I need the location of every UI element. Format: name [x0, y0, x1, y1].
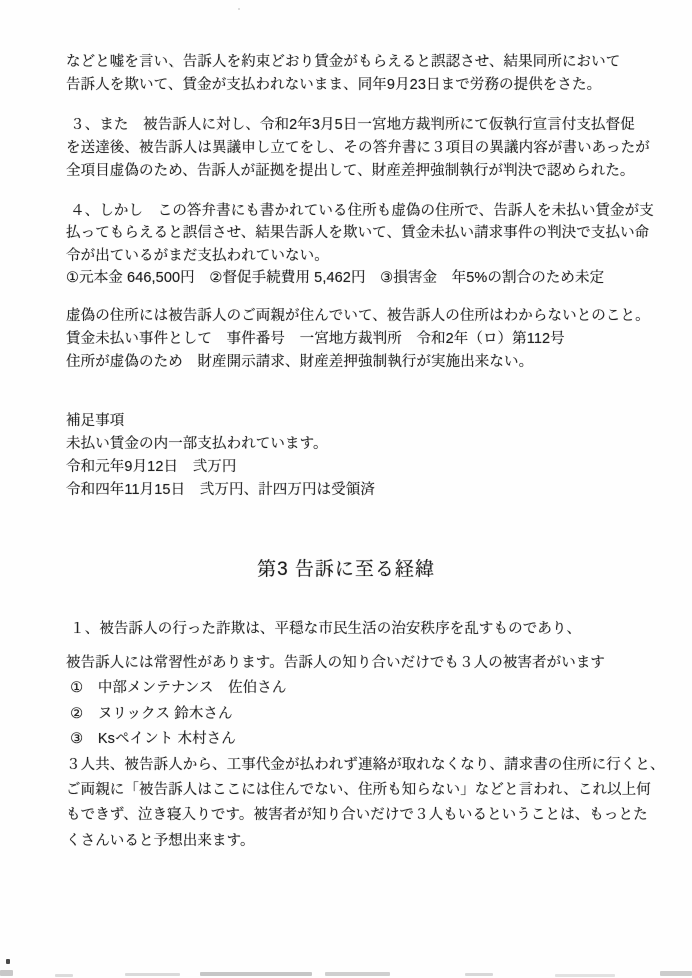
text-line: などと嘘を言い、告訴人を約束どおり賃金がもらえると誤認させ、結果同所において	[66, 51, 620, 74]
text-line: もできず、泣き寝入りです。被害者が知り合いだけで３人もいるということは、もっとた	[66, 803, 665, 828]
text-line: 令が出ているがまだ支払われていない。	[66, 245, 654, 267]
paragraph-wage-fraud: などと嘘を言い、告訴人を約束どおり賃金がもらえると誤認させ、結果同所において 告…	[66, 51, 620, 97]
text-line: １、被告訴人の行った詐欺は、平穏な市民生活の治安秩序を乱すものであり、	[66, 618, 581, 641]
supplement-title: 補足事項	[66, 410, 375, 433]
scan-noise-streak	[0, 970, 13, 976]
victim-list-item: ③ Ksペイント 木村さん	[66, 727, 665, 752]
text-line: 払ってもらえると誤信させ、結果告訴人を欺いて、賃金未払い請求事件の判決で支払い命	[66, 222, 654, 244]
scan-speck	[172, 66, 174, 68]
scan-noise-streak	[555, 974, 615, 977]
scan-noise-streak	[465, 973, 493, 976]
scanned-document-page: などと嘘を言い、告訴人を約束どおり賃金がもらえると誤認させ、結果同所において 告…	[0, 0, 692, 978]
text-line: を送達後、被告訴人は異議申し立てをし、その答弁書に３項目の異議内容が書いあったが	[66, 137, 650, 160]
payment-line: 令和四年11月15日 弐万円、計四万円は受領済	[66, 479, 375, 502]
scan-noise-streak	[200, 972, 312, 976]
paragraph-false-address: 虚偽の住所には被告訴人のご両親が住んでいて、被告訴人の住所はわからないとのこと。…	[66, 305, 650, 374]
paragraph-victims: 被告訴人には常習性があります。告訴人の知り合いだけでも３人の被害者がいます ① …	[66, 651, 665, 854]
paragraph-section-intro: １、被告訴人の行った詐欺は、平穏な市民生活の治安秩序を乱すものであり、	[66, 618, 581, 641]
victim-list-item: ② ヌリックス 鈴木さん	[66, 702, 665, 727]
scan-noise-streak	[125, 973, 180, 976]
text-line: 告訴人を欺いて、賃金が支払われないまま、同年9月23日まで労務の提供をさた。	[66, 74, 620, 97]
case-number-line: 賃金未払い事件として 事件番号 一宮地方裁判所 令和2年（ロ）第112号	[66, 328, 650, 351]
text-line: 虚偽の住所には被告訴人のご両親が住んでいて、被告訴人の住所はわからないとのこと。	[66, 305, 650, 328]
text-line: ご両親に「被告訴人はここには住んでない、住所も知らない」などと言われ、これ以上何	[66, 778, 665, 803]
scan-noise-streak	[55, 974, 73, 977]
scan-speck	[238, 8, 240, 10]
text-line: ３人共、被告訴人から、工事代金が払われず連絡が取れなくなり、請求書の住所に行くと…	[66, 753, 665, 778]
text-line: くさんいると予想出来ます。	[66, 829, 665, 854]
scan-noise-streak	[660, 971, 692, 976]
paragraph-supplement: 補足事項 未払い賃金の内一部支払われています。 令和元年9月12日 弐万円 令和…	[66, 410, 375, 502]
text-line: 全項目虚偽のため、告訴人が証拠を提出して、財産差押強制執行が判決で認められた。	[66, 160, 650, 183]
victim-list-item: ① 中部メンテナンス 佐伯さん	[66, 676, 665, 701]
text-line: 住所が虚偽のため 財産開示請求、財産差押強制執行が実施出来ない。	[66, 351, 650, 374]
text-line: ３、また 被告訴人に対し、令和2年3月5日一宮地方裁判所にて仮執行宣言付支払督促	[66, 114, 650, 137]
text-line: 被告訴人には常習性があります。告訴人の知り合いだけでも３人の被害者がいます	[66, 651, 665, 676]
payment-line: 令和元年9月12日 弐万円	[66, 456, 375, 479]
text-line: 未払い賃金の内一部支払われています。	[66, 433, 375, 456]
paragraph-item-3: ３、また 被告訴人に対し、令和2年3月5日一宮地方裁判所にて仮執行宣言付支払督促…	[66, 114, 650, 183]
scan-noise-streak	[325, 972, 390, 976]
paragraph-item-4: ４、しかし この答弁書にも書かれている住所も虚偽の住所で、告訴人を未払い賃金が支…	[66, 200, 654, 290]
section-heading: 第3 告訴に至る経緯	[0, 556, 692, 583]
section-heading-text: 第3 告訴に至る経緯	[257, 559, 435, 580]
text-line: ４、しかし この答弁書にも書かれている住所も虚偽の住所で、告訴人を未払い賃金が支	[66, 200, 654, 222]
claim-amounts-line: ①元本金 646,500円 ②督促手続費用 5,462円 ③損害金 年5%の割合…	[66, 267, 654, 289]
scan-noise-dot	[6, 959, 10, 964]
